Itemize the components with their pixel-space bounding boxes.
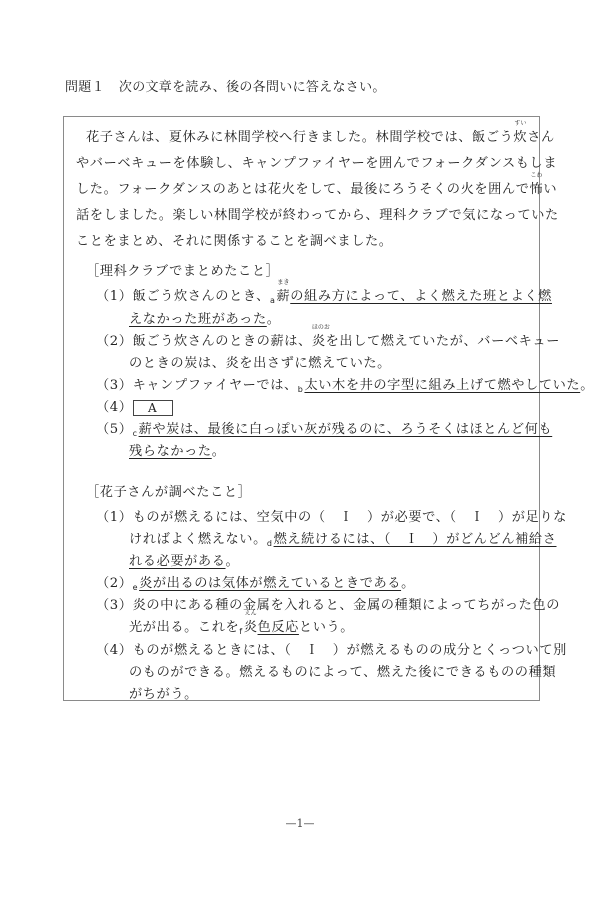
club-item-1: （1）飯ごう炊さんのとき、a薪まきの組み方によって、よく燃えた班とよく燃: [96, 285, 552, 304]
intro-line-4: 話をしました。楽しい林間学校が終わってから、理科クラブで気になっていた: [76, 204, 559, 223]
item-text: キャンプファイヤーでは、: [133, 378, 298, 393]
mark-c: c: [133, 429, 138, 438]
research-item-1: （1）ものが燃えるには、空気中の（ Ｉ ）が必要で、（ Ｉ ）が足りな: [96, 506, 567, 525]
mark-a: a: [270, 296, 276, 305]
punct: 。: [212, 444, 226, 459]
research-item-4-line2: のものができる。燃えるものによって、燃えた後にできるものの種類: [129, 661, 556, 680]
ruby-base: 薪: [276, 289, 290, 304]
item-text: という。: [299, 620, 354, 635]
underlined-e: 炎が出るのは気体が燃えているときである: [139, 576, 401, 591]
item-text: ものが燃えるときには、（ Ｉ ）が燃えるものの成分とくっついて別: [133, 643, 567, 658]
item-text: 飯ごう炊さんのとき、: [133, 289, 270, 304]
item-number: （5）: [96, 422, 133, 437]
research-item-3-line2: 光が出る。これをf炎えん色反応という。: [129, 616, 354, 635]
item-number: （3）: [96, 378, 133, 393]
research-section-title: ［花子さんが調べたこと］: [86, 481, 251, 500]
club-item-4: （4）A: [96, 396, 173, 416]
club-item-5-cont: 残らなかった。: [129, 440, 226, 459]
intro-line-5: ことをまとめ、それに関係することを調べました。: [76, 230, 393, 249]
punct: 。: [226, 554, 240, 569]
punct: 。: [580, 378, 594, 393]
ruby-base: 炎: [312, 334, 326, 349]
club-item-1-cont: えなかった班があった。: [129, 308, 281, 327]
answer-box-a: A: [133, 400, 173, 416]
item-number: （1）: [96, 289, 133, 304]
intro-text: い: [543, 182, 557, 197]
research-item-2: （2）e炎が出るのは気体が燃えているときである。: [96, 572, 415, 591]
question-number: 問題１: [65, 80, 105, 95]
item-number: （3）: [96, 598, 133, 613]
punct: 。: [267, 312, 281, 327]
underlined-d: 燃え続けるには、（ Ｉ ）がどんどん補給さ: [274, 532, 557, 547]
item-text: を出して燃えていたが、バーベキュー: [326, 334, 560, 349]
intro-line-1: 花子さんは、夏休みに林間学校へ行きました。林間学校では、飯ごう炊すいさん: [86, 126, 555, 145]
item-number: （4）: [96, 643, 133, 658]
ruby-base: 炎: [244, 620, 258, 635]
ruby-sui: 炊すい: [513, 126, 527, 145]
mark-f: f: [239, 627, 242, 636]
ruby-base: 炊: [513, 130, 527, 145]
item-number: （2）: [96, 576, 133, 591]
underlined-c: 薪や炭は、最後に白っぽい灰が残るのに、ろうそくはほとんど何も: [139, 422, 553, 437]
item-number: （2）: [96, 334, 133, 349]
underlined-c-cont: 残らなかった: [129, 444, 212, 459]
intro-text: した。フォークダンスのあとは花火をして、最後にろうそくの火を囲んで: [76, 182, 530, 197]
intro-line-3: した。フォークダンスのあとは花火をして、最後にろうそくの火を囲んで怖こわい: [76, 178, 557, 197]
underlined-text: 色反応: [258, 620, 299, 635]
ruby-text: ほのお: [312, 322, 326, 331]
club-item-3: （3）キャンプファイヤーでは、b太い木を井の字型に組み上げて燃やしていた。: [96, 374, 594, 393]
ruby-text: すい: [513, 118, 527, 127]
underlined-d-cont: れる必要がある: [129, 554, 226, 569]
club-item-2: （2）飯ごう炊さんのときの薪は、炎ほのおを出して燃えていたが、バーベキュー: [96, 330, 560, 349]
club-item-5: （5）c薪や炭は、最後に白っぽい灰が残るのに、ろうそくはほとんど何も: [96, 418, 552, 437]
research-item-1-line3: れる必要がある。: [129, 550, 239, 569]
mark-d: d: [267, 539, 273, 548]
ruby-text: こわ: [530, 170, 544, 179]
ruby-text: まき: [276, 277, 290, 286]
underlined-a-cont: えなかった班があった: [129, 312, 267, 327]
item-text: 炎の中にある種の金属を入れると、金属の種類によってちがった色の: [133, 598, 560, 613]
underlined-a: 薪まきの組み方によって、よく燃えた班とよく燃: [276, 289, 552, 304]
item-text: 光が出る。これを: [129, 620, 239, 635]
mark-e: e: [133, 583, 139, 592]
underlined-text: の組み方によって、よく燃えた班とよく燃: [290, 289, 552, 304]
item-text: 飯ごう炊さんのときの薪は、: [133, 334, 312, 349]
punct: 。: [401, 576, 415, 591]
club-item-2-cont: のときの炭は、炎を出さずに燃えていた。: [129, 352, 391, 371]
item-text: ものが燃えるには、空気中の（ Ｉ ）が必要で、（ Ｉ ）が足りな: [133, 510, 567, 525]
question-heading: 問題１次の文章を読み、後の各問いに答えなさい。: [65, 76, 386, 95]
ruby-honoo: 炎ほのお: [312, 330, 326, 349]
research-item-4: （4）ものが燃えるときには、（ Ｉ ）が燃えるものの成分とくっついて別: [96, 639, 567, 658]
question-instruction: 次の文章を読み、後の各問いに答えなさい。: [119, 80, 386, 95]
item-text: ければよく燃えない。: [129, 532, 267, 547]
intro-text: さん: [527, 130, 555, 145]
underlined-b: 太い木を井の字型に組み上げて燃やしていた: [304, 378, 580, 393]
ruby-kowa: 怖こわ: [530, 178, 544, 197]
underlined-f: 炎えん色反応: [244, 620, 299, 635]
ruby-base: 怖: [530, 182, 544, 197]
research-item-1-line2: ければよく燃えない。d燃え続けるには、（ Ｉ ）がどんどん補給さ: [129, 528, 557, 547]
ruby-text: えん: [244, 608, 258, 617]
mark-b: b: [298, 385, 304, 394]
research-item-3: （3）炎の中にある種の金属を入れると、金属の種類によってちがった色の: [96, 594, 560, 613]
item-number: （1）: [96, 510, 133, 525]
intro-text: 花子さんは、夏休みに林間学校へ行きました。林間学校では、飯ごう: [86, 130, 513, 145]
intro-line-2: やバーベキューを体験し、キャンプファイヤーを囲んでフォークダンスもしま: [76, 152, 557, 171]
item-number: （4）: [96, 400, 133, 415]
club-section-title: ［理科クラブでまとめたこと］: [86, 260, 279, 279]
research-item-4-line3: がちがう。: [129, 683, 198, 702]
page-number: —1—: [0, 817, 600, 830]
